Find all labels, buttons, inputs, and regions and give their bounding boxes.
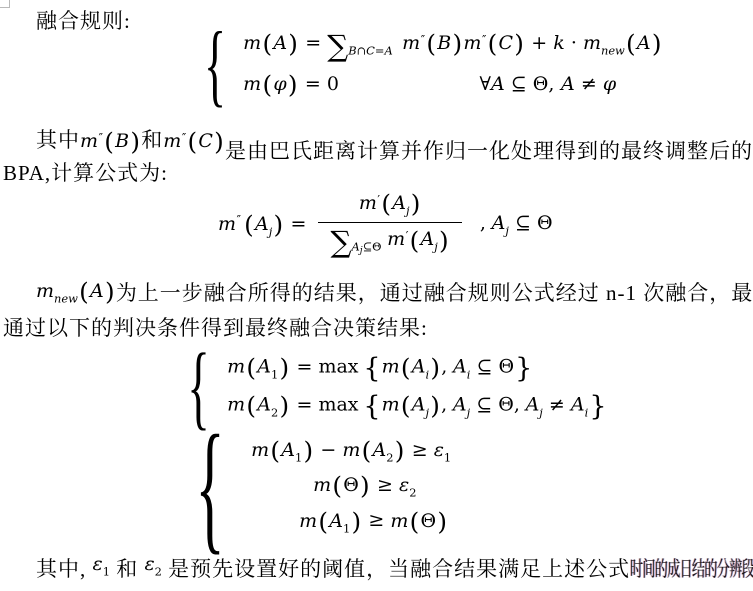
math-token-mr: max xyxy=(318,394,358,416)
math-token-mr: Θ xyxy=(533,73,549,95)
decision-conditions-line3: m(A1)≥m(Θ) xyxy=(299,508,451,536)
math-token-sup: ″ xyxy=(236,213,241,227)
math-token-op: = xyxy=(299,32,327,54)
fusion-rule-line1: m(A)=∑B∩C=Am″(B)m″(C)+k·mnew(A) xyxy=(243,30,663,64)
math-token-mv: A xyxy=(453,394,467,416)
decision-conditions-rows: m(A1)−m(A2)≥ε1 m(Θ)≥ε2 m(A1)≥m(Θ) xyxy=(251,437,451,536)
math-token-si: new xyxy=(601,44,625,58)
math-token-p: ) xyxy=(350,507,362,536)
math-token-sr: 1 xyxy=(444,450,451,464)
math-token-op: = xyxy=(284,213,312,235)
math-token-p: ( xyxy=(317,507,329,536)
where-bpa-line2: BPA,计算公式为: xyxy=(3,160,168,186)
math-token-p: ) xyxy=(213,127,225,156)
mnew-desc-rest: 为上一步融合所得的结果，通过融合规则公式经过 n-1 次融合，最后， xyxy=(116,281,753,305)
math-token-p: ( xyxy=(400,353,412,382)
math-token-mv: A xyxy=(412,356,426,378)
math-token-mv: A xyxy=(412,394,426,416)
math-token-p: ( xyxy=(261,70,273,99)
math-token-op: = xyxy=(290,394,318,416)
math-token-op: ≠ xyxy=(575,73,603,95)
math-token-mv: ε xyxy=(93,553,103,575)
math-token-sr: 1 xyxy=(103,565,110,579)
math-token-mv: A xyxy=(491,73,505,95)
decision-max-formula: { m(A1)=max{m(Ai),Ai⊆Θ} m(A2)=max{m(Aj),… xyxy=(176,350,608,425)
threshold-paragraph: 其中, ε1 和 ε2 是预先设置好的阈值，当融合结果满足上述公式时间的成日结的… xyxy=(36,556,753,585)
inline-math-m-dprime-C: m″(C) xyxy=(163,130,225,152)
math-token-mv: m xyxy=(243,73,261,95)
math-token-mv: A xyxy=(273,32,287,54)
math-token-mv: m xyxy=(359,192,377,214)
threshold-rest: 是预先设置好的阈值，当融合结果满足上述公式 xyxy=(162,557,630,581)
math-token-p: ( xyxy=(425,29,437,58)
normalization-formula: m″(Aj)= m′(Aj) ∑Aj⊆Θm′(Aj) ,Aj⊆Θ xyxy=(218,190,553,260)
decision-conditions-formula: { m(A1)−m(A2)≥ε1 m(Θ)≥ε2 m(A1)≥m(Θ) xyxy=(175,428,451,545)
math-token-mv: m xyxy=(251,439,269,461)
math-token-mv: m xyxy=(390,509,408,531)
math-token-mv: m xyxy=(227,356,245,378)
math-token-op: ≥ xyxy=(362,509,390,531)
math-token-op: ≥ xyxy=(371,474,399,496)
math-token-mv: A xyxy=(329,509,343,531)
math-token-sr: ∩ xyxy=(357,44,367,58)
decision-max-line1: m(A1)=max{m(Ai),Ai⊆Θ} xyxy=(227,353,608,384)
where-bpa-rest: 是由巴氏距离计算并作归一化处理得到的最终调整后的 xyxy=(225,139,753,163)
math-token-mr: Θ, xyxy=(498,394,520,416)
math-token-br: } xyxy=(514,353,533,384)
inline-math-epsilon2: ε2 xyxy=(144,553,161,575)
math-token-p: ) xyxy=(429,353,441,382)
math-token-br: { xyxy=(362,353,381,384)
math-token-mr: max xyxy=(318,356,358,378)
math-token-mr: , xyxy=(441,394,447,416)
math-token-p: ) xyxy=(651,29,663,58)
math-token-si: A xyxy=(384,44,392,58)
math-token-op: = xyxy=(299,73,327,95)
normalization-lhs: m″(Aj)= xyxy=(218,211,312,239)
math-token-op: ⊆ xyxy=(509,212,537,234)
math-token-mv: m xyxy=(80,130,98,152)
math-token-sr: 2 xyxy=(409,486,416,500)
math-token-br: } xyxy=(588,391,607,422)
math-token-p: ( xyxy=(380,189,392,218)
fusion-rule-formula: { m(A)=∑B∩C=Am″(B)m″(C)+k·mnew(A) m(φ)=0… xyxy=(193,28,663,102)
math-token-si: B xyxy=(348,44,356,58)
math-token-p: ) xyxy=(287,29,299,58)
math-token-mv: A xyxy=(255,213,269,235)
math-token-mr: Θ xyxy=(537,212,553,234)
left-brace-icon: { xyxy=(204,28,226,102)
math-token-p: ) xyxy=(104,277,116,306)
math-token-p: ) xyxy=(287,70,299,99)
inline-math-m-dprime-B: m″(B) xyxy=(80,130,141,152)
math-token-p: ( xyxy=(78,277,90,306)
math-token-mv: ε xyxy=(434,439,444,461)
math-token-op: ⊆ xyxy=(470,394,498,416)
fusion-rule-heading: 融合规则: xyxy=(36,8,131,34)
math-token-mr: Θ xyxy=(343,474,359,496)
math-token-p: ( xyxy=(245,353,257,382)
mnew-desc-line2: 通过以下的判决条件得到最终融合决策结果: xyxy=(3,315,428,341)
math-token-mv: m xyxy=(313,474,331,496)
math-token-p: ) xyxy=(394,436,406,465)
math-token-mv: φ xyxy=(603,73,616,95)
math-token-p: ) xyxy=(451,29,463,58)
math-token-p: ( xyxy=(245,391,257,420)
math-token-mv: ε xyxy=(144,553,154,575)
math-token-op: = xyxy=(290,356,318,378)
math-token-p: ( xyxy=(269,436,281,465)
where-bpa-and: 和 xyxy=(141,128,163,152)
fusion-rule-line2: m(φ)=0∀A⊆Θ,A≠φ xyxy=(243,71,663,99)
math-token-mr: , xyxy=(480,212,486,234)
math-token-mv: φ xyxy=(273,73,286,95)
math-token-mv: m xyxy=(382,394,400,416)
math-token-sr: 2 xyxy=(155,565,162,579)
math-token-mr: , xyxy=(548,73,554,95)
fraction-numerator: m′(Aj) xyxy=(347,190,434,222)
math-token-p: ) xyxy=(359,471,371,500)
garbled-watermark-text: 时间的成日结的分辨段 xyxy=(630,556,753,582)
math-token-mv: m xyxy=(342,439,360,461)
math-token-p: ( xyxy=(243,210,255,239)
math-token-si: A xyxy=(352,240,360,254)
math-token-mv: A xyxy=(257,394,271,416)
math-token-p: ) xyxy=(129,127,141,156)
math-token-op: + xyxy=(525,32,553,54)
math-token-mv: A xyxy=(392,192,406,214)
fusion-rule-rows: m(A)=∑B∩C=Am″(B)m″(C)+k·mnew(A) m(φ)=0∀A… xyxy=(243,30,663,99)
math-token-p: ( xyxy=(400,391,412,420)
math-token-op: ≥ xyxy=(406,439,434,461)
math-token-mv: A xyxy=(526,394,540,416)
math-token-p: ( xyxy=(408,507,420,536)
math-token-p: ) xyxy=(272,210,284,239)
math-token-p: ( xyxy=(331,471,343,500)
math-token-mv: C xyxy=(198,130,213,152)
math-token-mv: m xyxy=(583,32,601,54)
math-token-mv: m xyxy=(36,280,54,302)
math-token-p: ) xyxy=(409,189,421,218)
math-token-mv: A xyxy=(492,212,506,234)
decision-max-line2: m(A2)=max{m(Aj),Aj⊆Θ,Aj≠Ai} xyxy=(227,391,608,422)
math-token-p: ) xyxy=(278,353,290,382)
threshold-lead: 其中, xyxy=(36,557,93,581)
math-token-mv: m xyxy=(387,228,405,250)
math-token-mv: m xyxy=(227,394,245,416)
math-token-p: ( xyxy=(408,226,420,255)
decision-max-rows: m(A1)=max{m(Ai),Ai⊆Θ} m(A2)=max{m(Aj),Aj… xyxy=(227,353,608,422)
math-token-mv: m xyxy=(463,32,481,54)
inline-math-m-new-A: mnew(A) xyxy=(36,280,116,302)
math-token-mv: A xyxy=(281,439,295,461)
math-token-mv: A xyxy=(373,439,387,461)
math-token-mr: Θ xyxy=(421,509,437,531)
math-token-mv: A xyxy=(90,280,104,302)
math-token-op: ⊆ xyxy=(470,356,498,378)
math-token-op: ≠ xyxy=(543,394,571,416)
math-token-mv: B xyxy=(115,130,129,152)
math-token-sum: ∑ xyxy=(327,29,348,63)
math-token-p: ) xyxy=(438,226,450,255)
math-token-sr: Θ xyxy=(372,240,381,254)
scan-corner-artifact xyxy=(0,0,10,8)
math-token-si: new xyxy=(54,292,78,306)
math-token-mv: A xyxy=(257,356,271,378)
math-token-mv: A xyxy=(421,228,435,250)
math-token-mr: 0 xyxy=(327,73,339,95)
math-token-mv: A xyxy=(561,73,575,95)
left-brace-icon: { xyxy=(195,428,224,545)
math-token-p: ) xyxy=(302,436,314,465)
math-token-mv: k xyxy=(553,32,565,54)
inline-math-epsilon1: ε1 xyxy=(93,553,110,575)
fraction: m′(Aj) ∑Aj⊆Θm′(Aj) xyxy=(318,190,461,260)
math-token-op: ⊆ xyxy=(505,73,533,95)
math-token-p: ) xyxy=(278,391,290,420)
math-token-mv: m xyxy=(163,130,181,152)
where-bpa-lead: 其中 xyxy=(36,128,80,152)
math-token-mv: B xyxy=(437,32,451,54)
math-token-p: ( xyxy=(103,127,115,156)
math-token-p: ( xyxy=(360,436,372,465)
math-token-mv: m xyxy=(299,509,317,531)
math-token-op: · xyxy=(565,32,583,54)
fraction-denominator: ∑Aj⊆Θm′(Aj) xyxy=(318,222,461,260)
math-token-mv: m xyxy=(218,213,236,235)
math-token-mv: A xyxy=(453,356,467,378)
math-token-p: ( xyxy=(625,29,637,58)
math-token-op: − xyxy=(314,439,342,461)
math-token-p: ) xyxy=(436,507,448,536)
decision-conditions-line1: m(A1)−m(A2)≥ε1 xyxy=(251,437,451,465)
math-token-sr: 2 xyxy=(386,450,393,464)
math-token-p: ( xyxy=(486,29,498,58)
math-token-mv: A xyxy=(571,394,585,416)
mnew-desc-line1: mnew(A)为上一步融合所得的结果，通过融合规则公式经过 n-1 次融合，最后… xyxy=(36,280,753,310)
threshold-and: 和 xyxy=(110,557,145,581)
math-token-mr: Θ xyxy=(498,356,514,378)
math-token-mv: m xyxy=(243,32,261,54)
math-token-p: ) xyxy=(429,391,441,420)
math-token-sr: = xyxy=(375,44,385,58)
math-token-p: ( xyxy=(186,127,198,156)
math-token-mv: A xyxy=(637,32,651,54)
math-token-sr: ⊆ xyxy=(363,240,373,254)
math-token-sum: ∑ xyxy=(330,225,351,259)
math-token-mv: m xyxy=(402,32,420,54)
decision-conditions-line2: m(Θ)≥ε2 xyxy=(313,472,451,500)
normalization-condition: ,Aj⊆Θ xyxy=(480,213,553,238)
math-token-p: ) xyxy=(513,29,525,58)
math-token-mr: ∀ xyxy=(480,73,491,95)
document-page: 融合规则: { m(A)=∑B∩C=Am″(B)m″(C)+k·mnew(A) … xyxy=(0,0,753,591)
math-token-mv: m xyxy=(382,356,400,378)
math-token-si: C xyxy=(366,44,375,58)
math-token-mv: C xyxy=(499,32,514,54)
math-token-mr: , xyxy=(441,356,447,378)
math-token-mv: ε xyxy=(399,474,409,496)
math-token-br: { xyxy=(362,391,381,422)
math-token-p: ( xyxy=(261,29,273,58)
